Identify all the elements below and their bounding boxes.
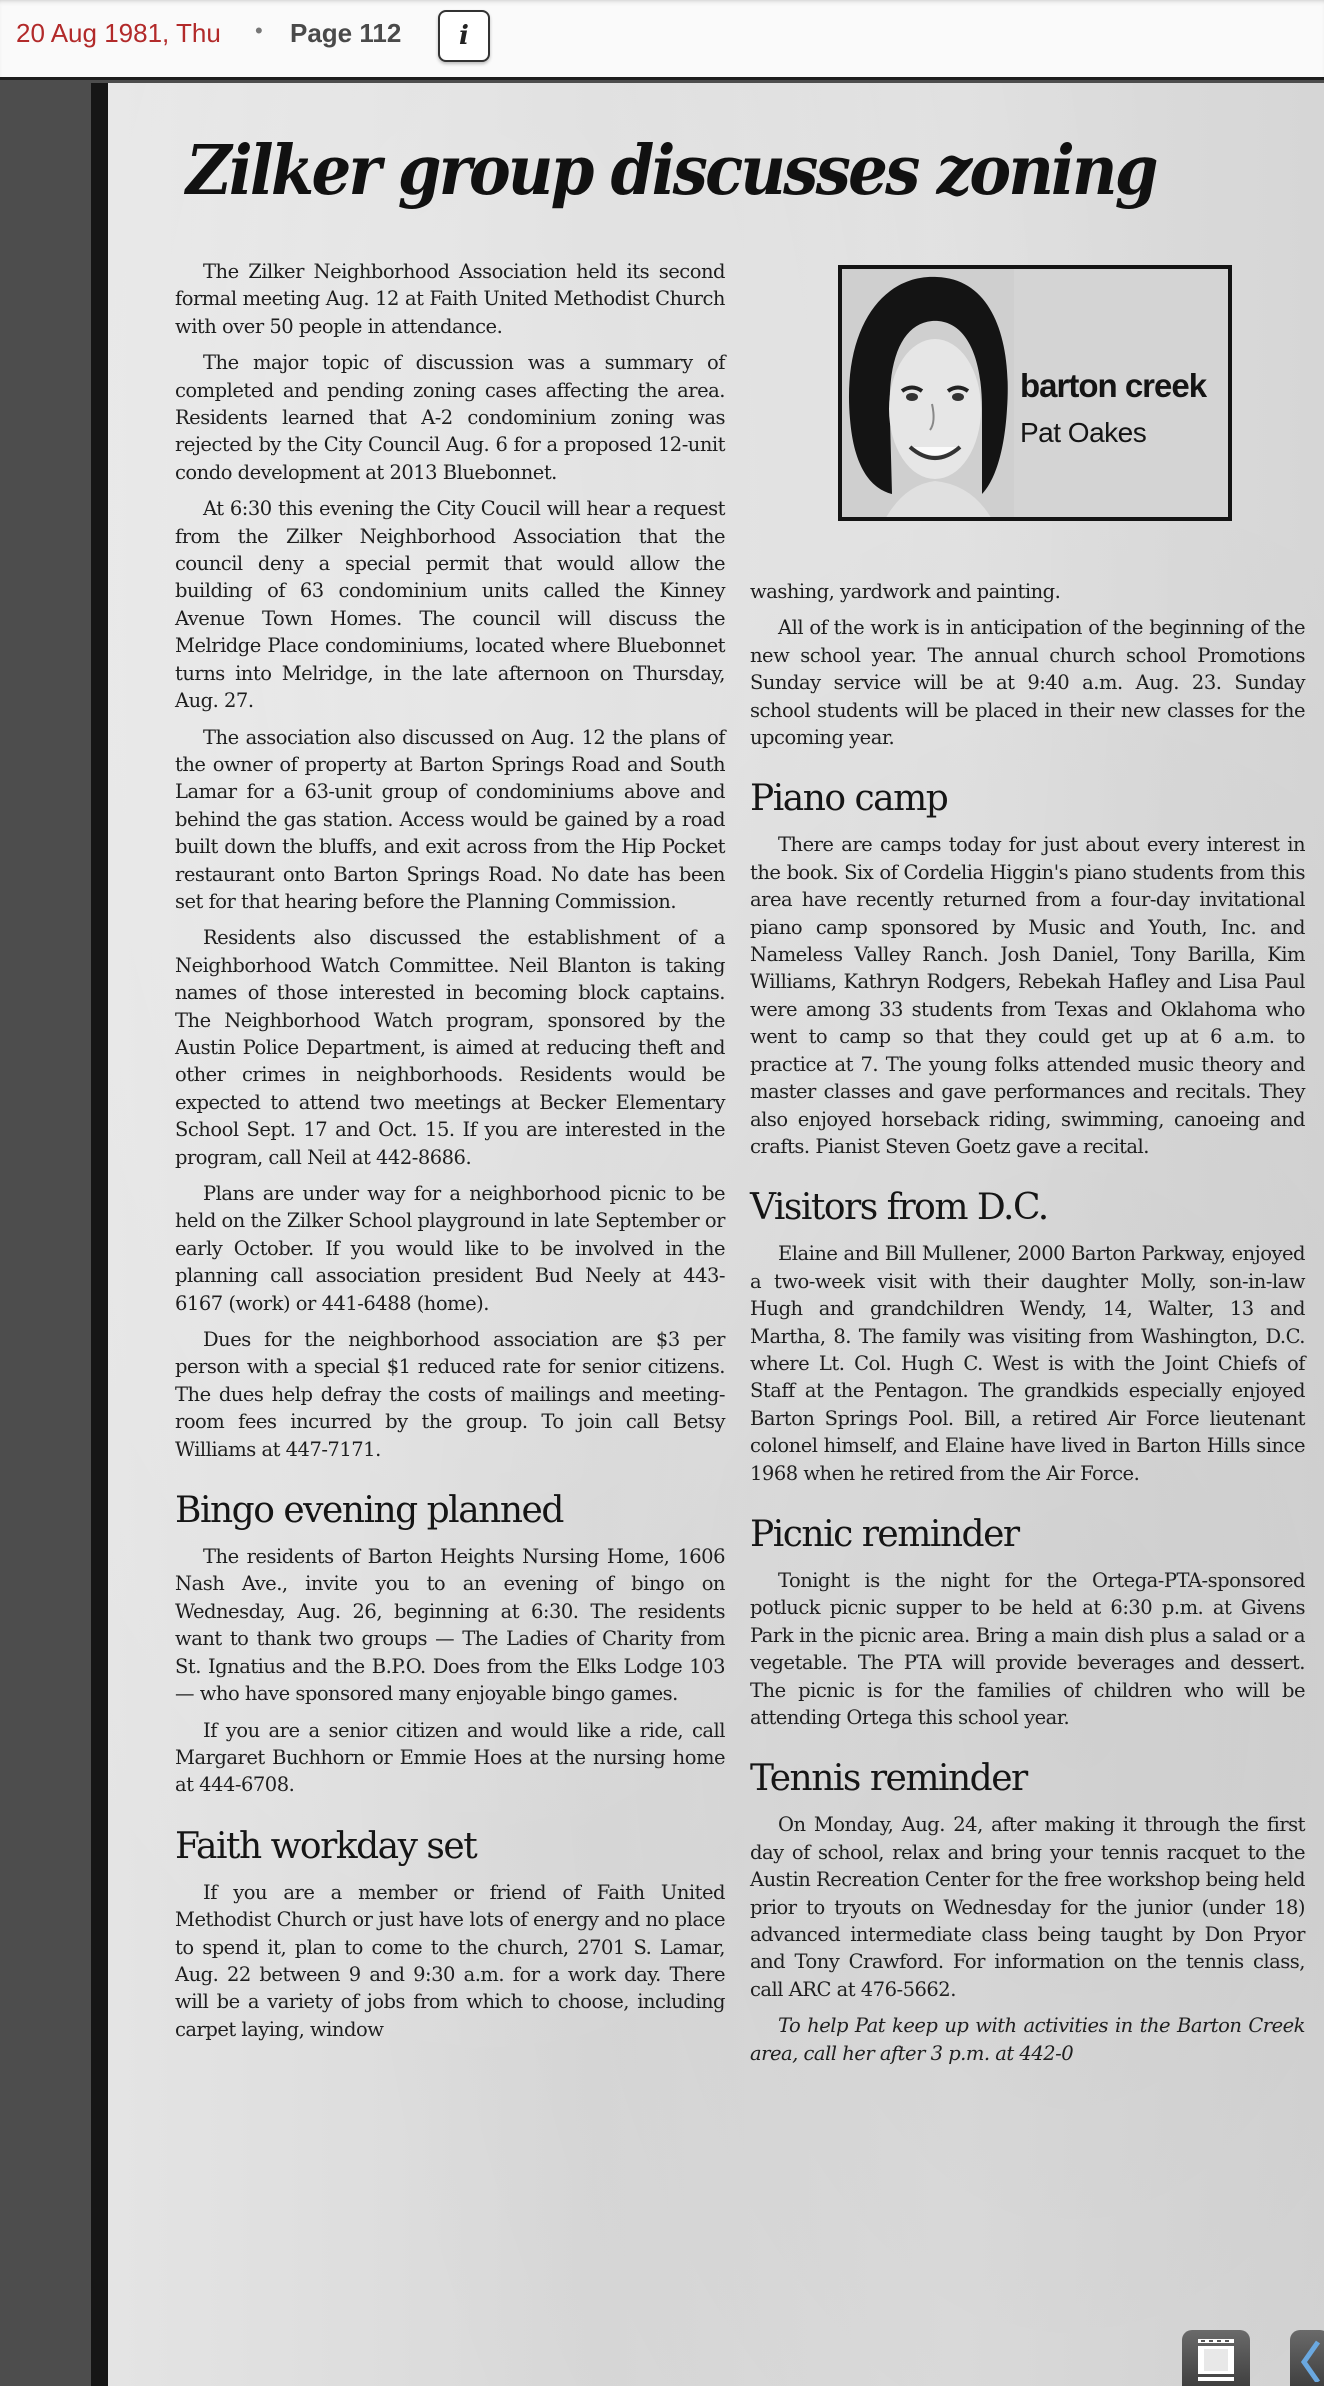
paragraph: Elaine and Bill Mullener, 2000 Barton Pa… (750, 1240, 1305, 1487)
paragraph: Dues for the neighborhood association ar… (175, 1326, 725, 1463)
paragraph: The residents of Barton Heights Nursing … (175, 1543, 725, 1707)
paragraph: At 6:30 this evening the City Coucil wil… (175, 495, 725, 714)
section-heading-tennis-reminder: Tennis reminder (750, 1757, 1305, 1801)
separator-dot: • (255, 18, 263, 44)
columnist-box: barton creek Pat Oakes (838, 265, 1232, 521)
paragraph: Tonight is the night for the Ortega-PTA-… (750, 1567, 1305, 1731)
closing-note: To help Pat keep up with activities in t… (750, 2012, 1305, 2067)
columnist-photo (842, 269, 1014, 521)
section-heading-bingo: Bingo evening planned (175, 1489, 725, 1533)
columnist-byline: Pat Oakes (1020, 417, 1146, 449)
section-heading-piano-camp: Piano camp (750, 777, 1305, 821)
paragraph: On Monday, Aug. 24, after making it thro… (750, 1811, 1305, 2003)
chevron-left-icon (1298, 2338, 1322, 2382)
paragraph: If you are a senior citizen and would li… (175, 1717, 725, 1799)
paragraph: If you are a member or friend of Faith U… (175, 1879, 725, 2043)
paragraph: The Zilker Neighborhood Association held… (175, 258, 725, 340)
film-strip-icon (1196, 2337, 1236, 2383)
paragraph: All of the work is in anticipation of th… (750, 614, 1305, 751)
article-headline: Zilker group discusses zoning (186, 131, 1216, 211)
previous-page-button[interactable] (1290, 2330, 1324, 2386)
publication-date: 20 Aug 1981, Thu (16, 18, 221, 49)
section-heading-picnic-reminder: Picnic reminder (750, 1513, 1305, 1557)
right-column: washing, yardwork and painting. All of t… (750, 578, 1305, 2076)
info-button[interactable]: i (438, 10, 490, 62)
left-column: The Zilker Neighborhood Association held… (175, 258, 725, 2052)
info-icon: i (459, 21, 469, 51)
page-number: Page 112 (290, 18, 401, 49)
paragraph: Residents also discussed the establishme… (175, 924, 725, 1171)
newspaper-page: Zilker group discusses zoning barton cre… (108, 83, 1324, 2386)
paragraph: The major topic of discussion was a summ… (175, 349, 725, 486)
page-header-bar: 20 Aug 1981, Thu • Page 112 i (0, 0, 1324, 80)
film-strip-button[interactable] (1182, 2330, 1250, 2386)
section-heading-faith-workday: Faith workday set (175, 1825, 725, 1869)
paragraph: There are camps today for just about eve… (750, 831, 1305, 1160)
section-heading-visitors: Visitors from D.C. (750, 1186, 1305, 1230)
paragraph: The association also discussed on Aug. 1… (175, 724, 725, 916)
page-edge (91, 83, 108, 2386)
viewer-left-gutter (0, 83, 91, 2386)
column-name: barton creek (1020, 367, 1206, 405)
paragraph: Plans are under way for a neighborhood p… (175, 1180, 725, 1317)
paragraph-continuation: washing, yardwork and painting. (750, 578, 1305, 605)
